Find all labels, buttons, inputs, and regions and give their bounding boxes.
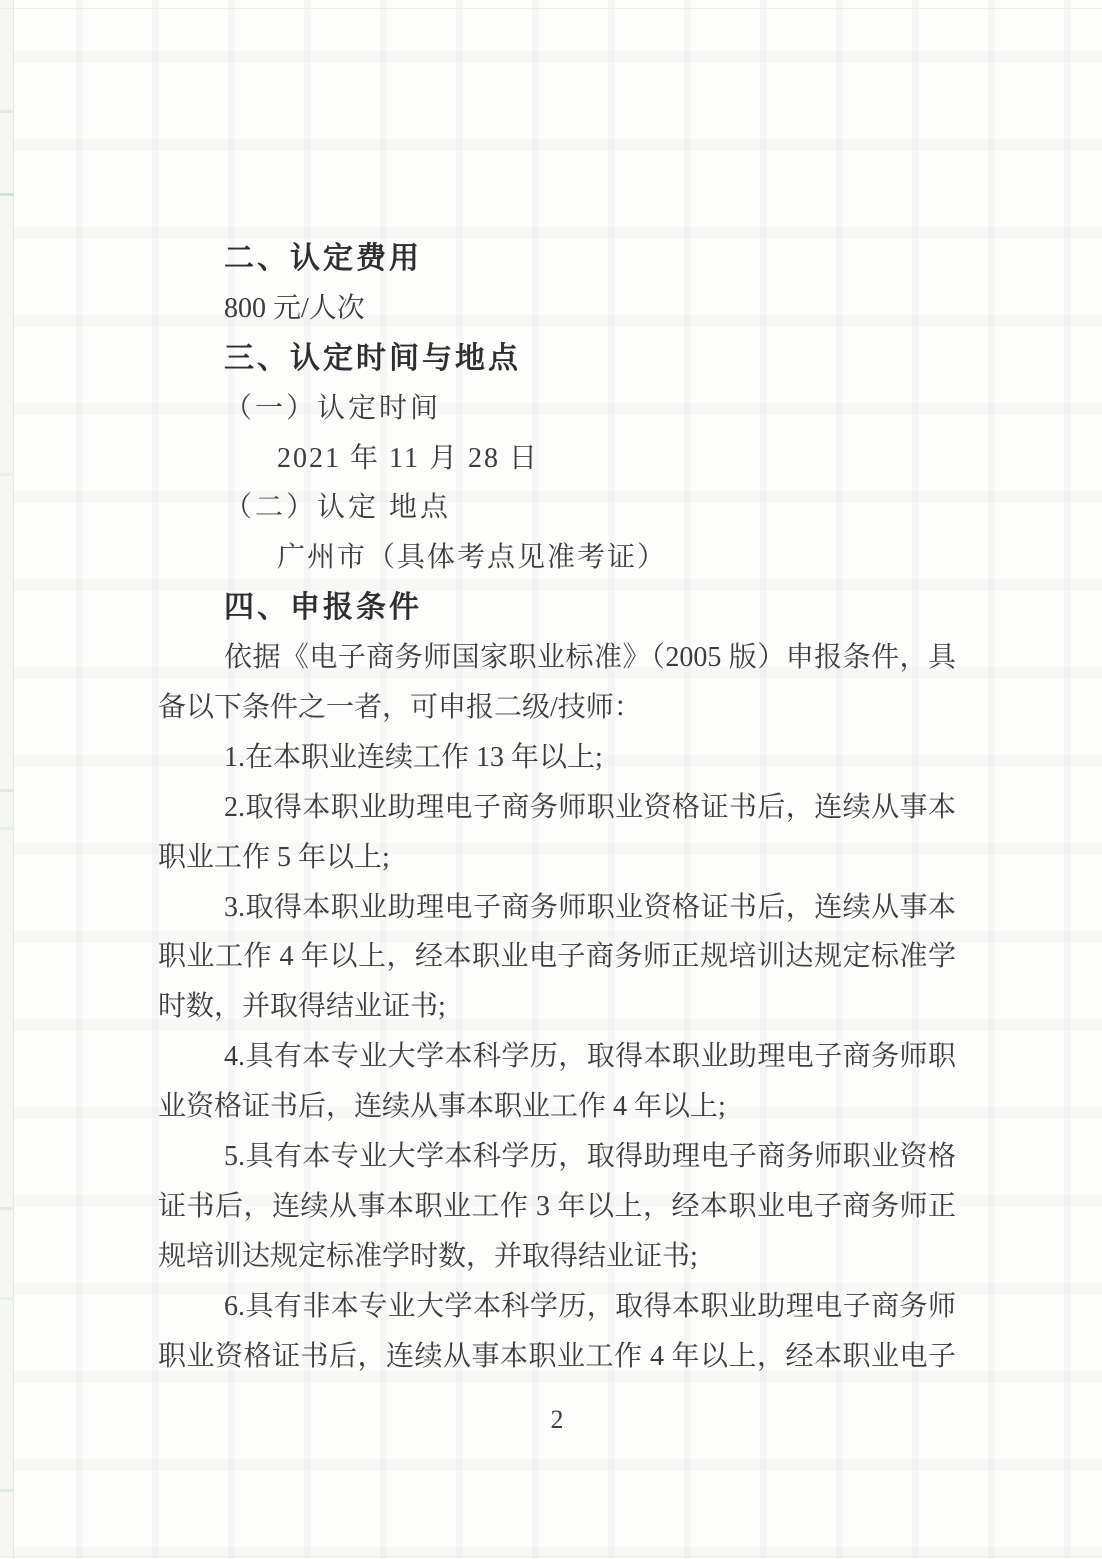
requirement-item-4-line-1: 4.具有本专业大学本科学历，取得本职业助理电子商务师职: [158, 1032, 956, 1082]
place-value: 广州市（具体考点见准考证）: [158, 533, 956, 583]
scan-top-edge-line: [0, 8, 1102, 9]
scan-bottom-edge-line: [0, 1556, 1102, 1557]
subheading-place: （二）认定 地点: [158, 483, 956, 533]
requirement-item-2-line-2: 职业工作 5 年以上;: [158, 833, 956, 883]
fee-amount: 800 元/人次: [158, 284, 956, 334]
time-value: 2021 年 11 月 28 日: [158, 434, 956, 484]
scan-edge-mark: [0, 1207, 14, 1210]
requirement-item-5-line-2: 证书后，连续从事本职业工作 3 年以上，经本职业电子商务师正: [158, 1182, 956, 1232]
scanned-document-page: 二、认定费用 800 元/人次 三、认定时间与地点 （一）认定时间 2021 年…: [0, 0, 1102, 1559]
requirement-item-6-line-1: 6.具有非本专业大学本科学历，取得本职业助理电子商务师: [158, 1282, 956, 1332]
requirement-item-5-line-3: 规培训达规定标准学时数，并取得结业证书;: [158, 1232, 956, 1282]
scan-edge-mark: [0, 789, 14, 792]
requirement-item-5-line-1: 5.具有本专业大学本科学历，取得助理电子商务师职业资格: [158, 1132, 956, 1182]
scan-edge-mark: [0, 473, 14, 476]
requirement-item-3-line-2: 职业工作 4 年以上，经本职业电子商务师正规培训达规定标准学: [158, 932, 956, 982]
page-number: 2: [158, 1405, 956, 1435]
requirements-intro-line-1: 依据《电子商务师国家职业标准》（2005 版）申报条件，具: [158, 633, 956, 683]
requirement-item-3-line-3: 时数，并取得结业证书;: [158, 982, 956, 1032]
section-heading-time-place: 三、认定时间与地点: [158, 334, 956, 384]
section-heading-requirements: 四、申报条件: [158, 583, 956, 633]
requirement-item-4-line-2: 业资格证书后，连续从事本职业工作 4 年以上;: [158, 1082, 956, 1132]
scan-edge-mark: [0, 827, 14, 830]
requirement-item-1-line-1: 1.在本职业连续工作 13 年以上;: [158, 733, 956, 783]
subheading-time: （一）认定时间: [158, 384, 956, 434]
requirement-item-3-line-1: 3.取得本职业助理电子商务师职业资格证书后，连续从事本: [158, 883, 956, 933]
requirement-item-6-line-2: 职业资格证书后，连续从事本职业工作 4 年以上，经本职业电子: [158, 1332, 956, 1382]
scan-edge-mark: [0, 1297, 14, 1300]
scan-edge-mark: [0, 110, 14, 113]
scan-edge-mark: [0, 1489, 14, 1492]
section-heading-fee: 二、认定费用: [158, 234, 956, 284]
requirements-intro-line-2: 备以下条件之一者，可申报二级/技师：: [158, 683, 956, 733]
requirement-item-2-line-1: 2.取得本职业助理电子商务师职业资格证书后，连续从事本: [158, 783, 956, 833]
document-body: 二、认定费用 800 元/人次 三、认定时间与地点 （一）认定时间 2021 年…: [158, 234, 956, 1381]
scan-edge-mark: [0, 193, 14, 196]
scan-left-edge: [0, 0, 14, 1559]
